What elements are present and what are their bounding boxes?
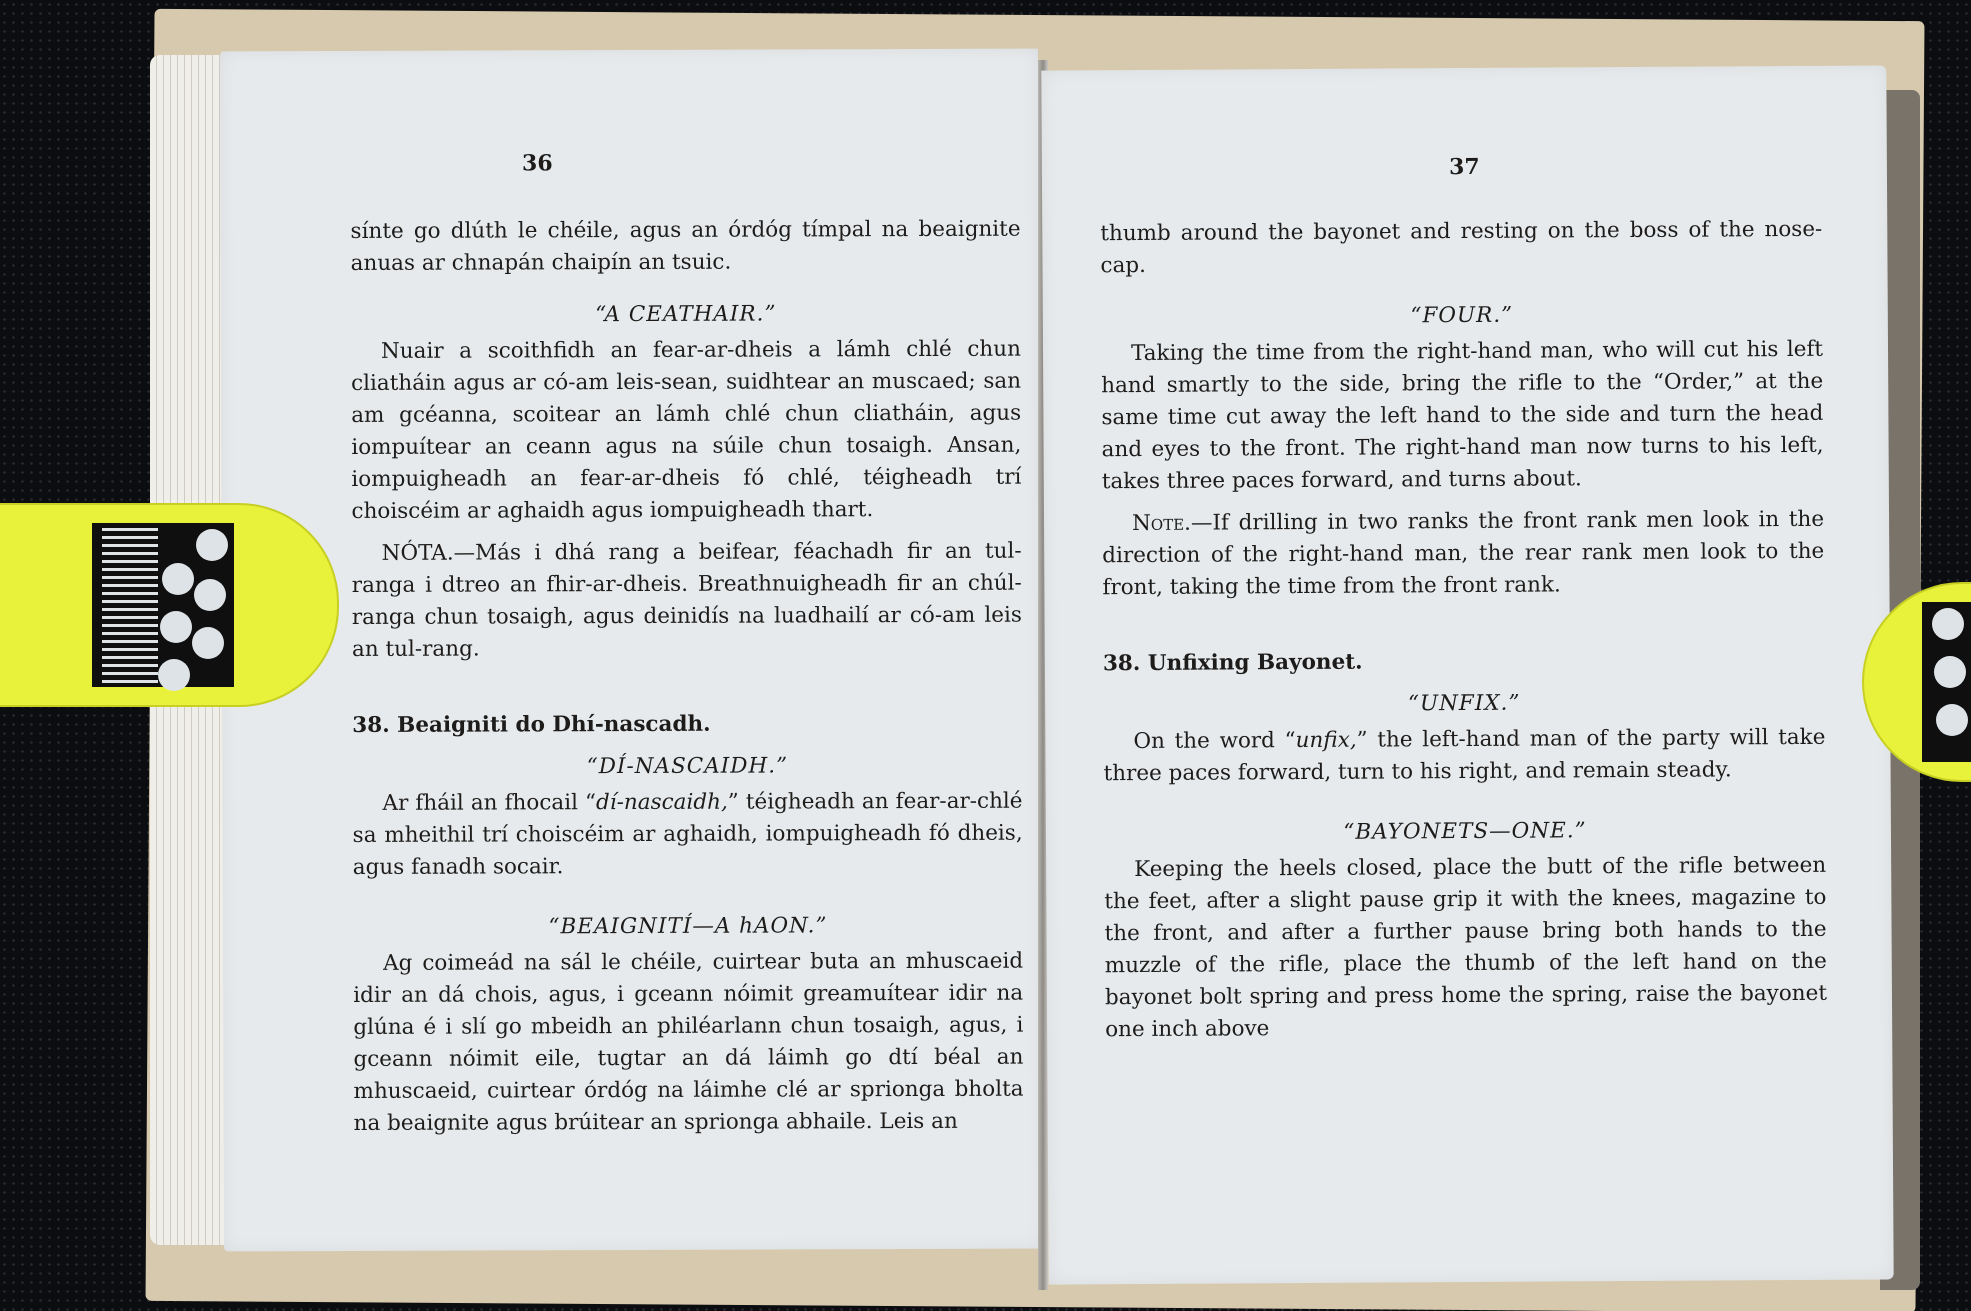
command-heading: “FOUR.” <box>1101 298 1823 334</box>
page-text: thumb around the bayonet and resting on … <box>1100 214 1827 1046</box>
clip-dot-pattern <box>158 523 234 687</box>
paragraph: Keeping the heels closed, place the butt… <box>1104 850 1827 1046</box>
note-label: NÓTA. <box>382 541 454 566</box>
clip-stripe-pattern <box>92 523 168 687</box>
paragraph: Taking the time from the right-hand man,… <box>1101 334 1824 498</box>
section-heading: 38. Beaigniti do Dhí-nascadh. <box>352 708 1022 742</box>
command-heading: “DÍ-NASCAIDH.” <box>352 750 1022 784</box>
command-heading: “UNFIX.” <box>1103 686 1825 722</box>
note-paragraph: NÓTA.—Más i dhá rang a beifear, féachadh… <box>352 536 1022 666</box>
right-page: 37 thumb around the bayonet and resting … <box>1041 65 1893 1284</box>
paragraph: Nuair a scoithfidh an fear-ar-dheis a lá… <box>351 334 1022 528</box>
page-number: 37 <box>1042 151 1887 182</box>
paragraph: Ar fháil an fhocail “dí-nascaidh,” téigh… <box>352 786 1022 884</box>
section-heading: 38. Unfixing Bayonet. <box>1103 644 1825 680</box>
note-label: Note. <box>1132 511 1191 536</box>
paragraph: sínte go dlúth le chéile, agus an órdóg … <box>350 214 1020 280</box>
command-heading: “BAYONETS—ONE.” <box>1104 814 1826 850</box>
command-heading: “A CEATHAIR.” <box>351 298 1021 332</box>
page-number: 36 <box>128 149 946 178</box>
clip-dot-pattern <box>1922 602 1971 762</box>
left-page: 36 sínte go dlúth le chéile, agus an órd… <box>220 49 1042 1252</box>
paragraph: thumb around the bayonet and resting on … <box>1100 214 1822 282</box>
page-clip-left[interactable] <box>0 503 339 707</box>
paragraph: On the word “unfix,” the left-hand man o… <box>1103 722 1825 790</box>
paragraph: Ag coimeád na sál le chéile, cuirtear bu… <box>353 946 1024 1140</box>
page-text: sínte go dlúth le chéile, agus an órdóg … <box>350 214 1023 1140</box>
command-heading: “BEAIGNITÍ—A hAON.” <box>353 910 1023 944</box>
note-paragraph: Note.—If drilling in two ranks the front… <box>1102 504 1825 604</box>
